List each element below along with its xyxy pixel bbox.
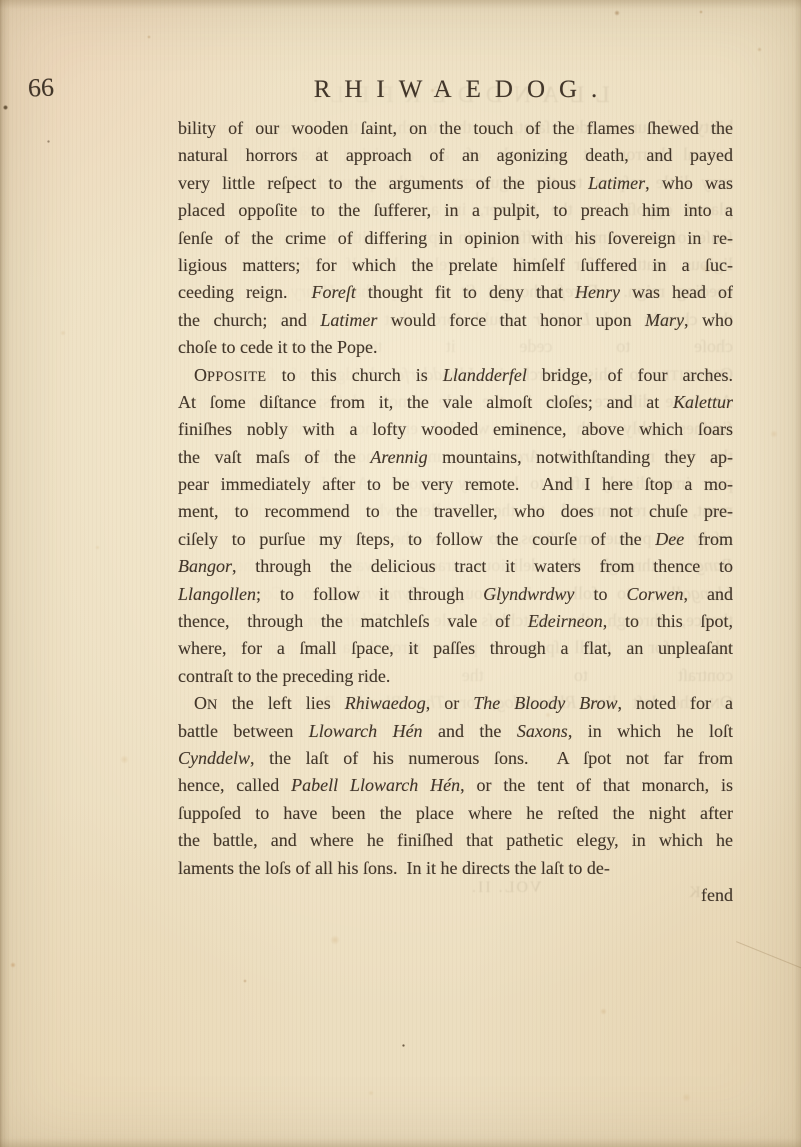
foxing-spot <box>600 1008 607 1015</box>
foxing-spot <box>368 1090 374 1096</box>
ink-speck <box>47 140 50 143</box>
text-line: ment, to recommend to the traveller, who… <box>178 498 733 525</box>
text-line: laments the loſs of all his ſons. In it … <box>178 855 733 882</box>
text-line: the vaſt maſs of the Arennig mountains, … <box>178 444 733 471</box>
foxing-spot <box>95 545 100 550</box>
text-line: hence, called Pabell Llowarch Hén, or th… <box>178 772 733 799</box>
ink-speck <box>402 1044 405 1047</box>
running-title: RHIWAEDOG. <box>178 76 733 104</box>
ink-speck <box>3 105 8 110</box>
text-line: the battle, and where he finiſhed that p… <box>178 827 733 854</box>
text-line: At ſome diſtance from it, the vale almoſ… <box>178 389 733 416</box>
text-line: the church; and Latimer would force that… <box>178 307 733 334</box>
text-line: bility of our wooden ſaint, on the touch… <box>178 115 733 142</box>
text-line: ceeding reign. Foreſt thought fit to den… <box>178 279 733 306</box>
text-line: thence, through the matchleſs vale of Ed… <box>178 608 733 635</box>
paper-scratch <box>736 941 801 976</box>
foxing-spot <box>147 35 151 39</box>
catchword: fend <box>178 882 733 909</box>
foxing-spot <box>60 330 66 336</box>
text-line: Cynddelw, the laſt of his numerous ſons.… <box>178 745 733 772</box>
text-line: pear immediately after to be very remote… <box>178 471 733 498</box>
text-line: contraſt to the preceding ride. <box>178 663 733 690</box>
text-line: Llangollen; to follow it through Glyndwr… <box>178 581 733 608</box>
book-page: LLANDDERFEL. bility of our wooden ſaint,… <box>0 0 801 1147</box>
text-line: finiſhes nobly with a lofty wooded emine… <box>178 416 733 443</box>
foxing-spot <box>614 10 620 16</box>
foxing-spot <box>243 979 247 983</box>
text-line: placed oppoſite to the ſufferer, in a pu… <box>178 197 733 224</box>
text-line: ON the left lies Rhiwaedog, or The Blood… <box>178 690 733 717</box>
foxing-spot <box>757 47 762 52</box>
text-line: ſenſe of the crime of differing in opini… <box>178 225 733 252</box>
foxing-spot <box>10 962 16 968</box>
text-line: ligious matters; for which the prelate h… <box>178 252 733 279</box>
page-number: 66 <box>28 74 55 103</box>
foxing-spot <box>330 935 340 945</box>
foxing-spot <box>120 755 129 764</box>
text-line: ciſely to purſue my ſteps, to follow the… <box>178 526 733 553</box>
foxing-spot <box>770 430 778 438</box>
foxing-spot <box>699 10 703 14</box>
text-line: battle between Llowarch Hén and the Saxo… <box>178 718 733 745</box>
text-block: bility of our wooden ſaint, on the touch… <box>178 115 733 909</box>
text-line: OPPOSITE to this church is Llandderfel b… <box>178 362 733 389</box>
text-line: Bangor, through the delicious tract it w… <box>178 553 733 580</box>
text-line: where, for a ſmall ſpace, it paſſes thro… <box>178 635 733 662</box>
foxing-spot <box>682 1093 691 1102</box>
text-line: ſuppoſed to have been the place where he… <box>178 800 733 827</box>
text-line: very little reſpect to the arguments of … <box>178 170 733 197</box>
text-line: choſe to cede it to the Pope. <box>178 334 733 361</box>
text-line: natural horrors at approach of an agoniz… <box>178 142 733 169</box>
